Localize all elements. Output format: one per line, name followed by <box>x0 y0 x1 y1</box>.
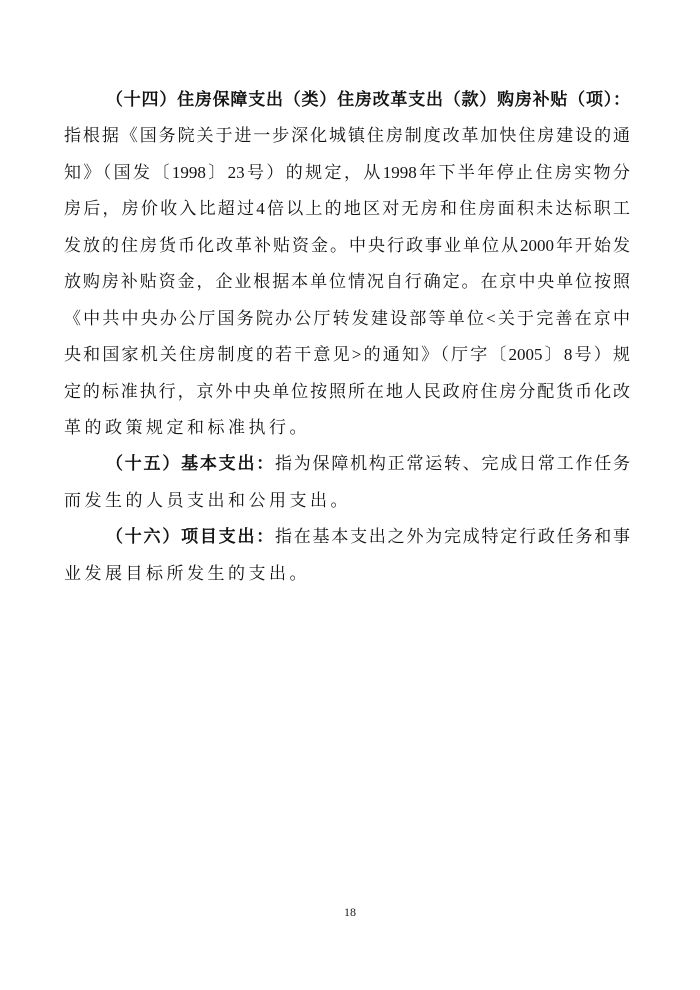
text-segment: 发放的住房货币化改革补贴资金。中央行政事业单位从2000年开始发 <box>64 236 630 255</box>
text-line: 《中共中央办公厅国务院办公厅转发建设部等单位<关于完善在京中 <box>64 301 630 337</box>
page-number: 18 <box>344 905 356 919</box>
text-segment: 指为保障机构正常运转、完成日常工作任务 <box>275 454 630 473</box>
document-text-block: （十四）住房保障支出（类）住房改革支出（款）购房补贴（项）：指根据《国务院关于进… <box>64 82 630 592</box>
text-line: 央和国家机关住房制度的若干意见>的通知》（厅字〔2005〕8号）规 <box>64 337 630 373</box>
text-line: 房后，房价收入比超过4倍以上的地区对无房和住房面积未达标职工 <box>64 191 630 227</box>
text-line: （十四）住房保障支出（类）住房改革支出（款）购房补贴（项）： <box>64 82 630 118</box>
text-segment: 革的政策规定和标准执行。 <box>64 418 310 437</box>
text-line: 业发展目标所发生的支出。 <box>64 556 630 592</box>
text-line: 而发生的人员支出和公用支出。 <box>64 483 630 519</box>
page-footer: 18 <box>0 905 700 920</box>
text-line: 知》（国发〔1998〕23号）的规定，从1998年下半年停止住房实物分 <box>64 155 630 191</box>
text-segment: 业发展目标所发生的支出。 <box>64 564 310 583</box>
text-segment-bold: （十五）基本支出： <box>106 454 275 473</box>
text-segment: 放购房补贴资金，企业根据本单位情况自行确定。在京中央单位按照 <box>64 272 630 291</box>
text-line: 定的标准执行，京外中央单位按照所在地人民政府住房分配货币化改 <box>64 374 630 410</box>
text-segment: 定的标准执行，京外中央单位按照所在地人民政府住房分配货币化改 <box>64 382 630 401</box>
text-segment: 指在基本支出之外为完成特定行政任务和事 <box>275 527 630 546</box>
text-segment: 指根据《国务院关于进一步深化城镇住房制度改革加快住房建设的通 <box>64 126 630 145</box>
text-segment-bold: （十四）住房保障支出（类）住房改革支出（款）购房补贴（项）： <box>106 90 630 109</box>
text-segment: 而发生的人员支出和公用支出。 <box>64 491 351 510</box>
text-line: 发放的住房货币化改革补贴资金。中央行政事业单位从2000年开始发 <box>64 228 630 264</box>
text-segment: 《中共中央办公厅国务院办公厅转发建设部等单位<关于完善在京中 <box>64 309 630 328</box>
text-line: （十六）项目支出：指在基本支出之外为完成特定行政任务和事 <box>64 519 630 555</box>
text-line: （十五）基本支出：指为保障机构正常运转、完成日常工作任务 <box>64 446 630 482</box>
text-line: 革的政策规定和标准执行。 <box>64 410 630 446</box>
text-line: 放购房补贴资金，企业根据本单位情况自行确定。在京中央单位按照 <box>64 264 630 300</box>
text-segment: 房后，房价收入比超过4倍以上的地区对无房和住房面积未达标职工 <box>64 199 630 218</box>
text-segment-bold: （十六）项目支出： <box>106 527 275 546</box>
text-segment: 知》（国发〔1998〕23号）的规定，从1998年下半年停止住房实物分 <box>64 163 630 182</box>
text-line: 指根据《国务院关于进一步深化城镇住房制度改革加快住房建设的通 <box>64 118 630 154</box>
text-segment: 央和国家机关住房制度的若干意见>的通知》（厅字〔2005〕8号）规 <box>64 345 630 364</box>
document-page: （十四）住房保障支出（类）住房改革支出（款）购房补贴（项）：指根据《国务院关于进… <box>0 0 700 990</box>
